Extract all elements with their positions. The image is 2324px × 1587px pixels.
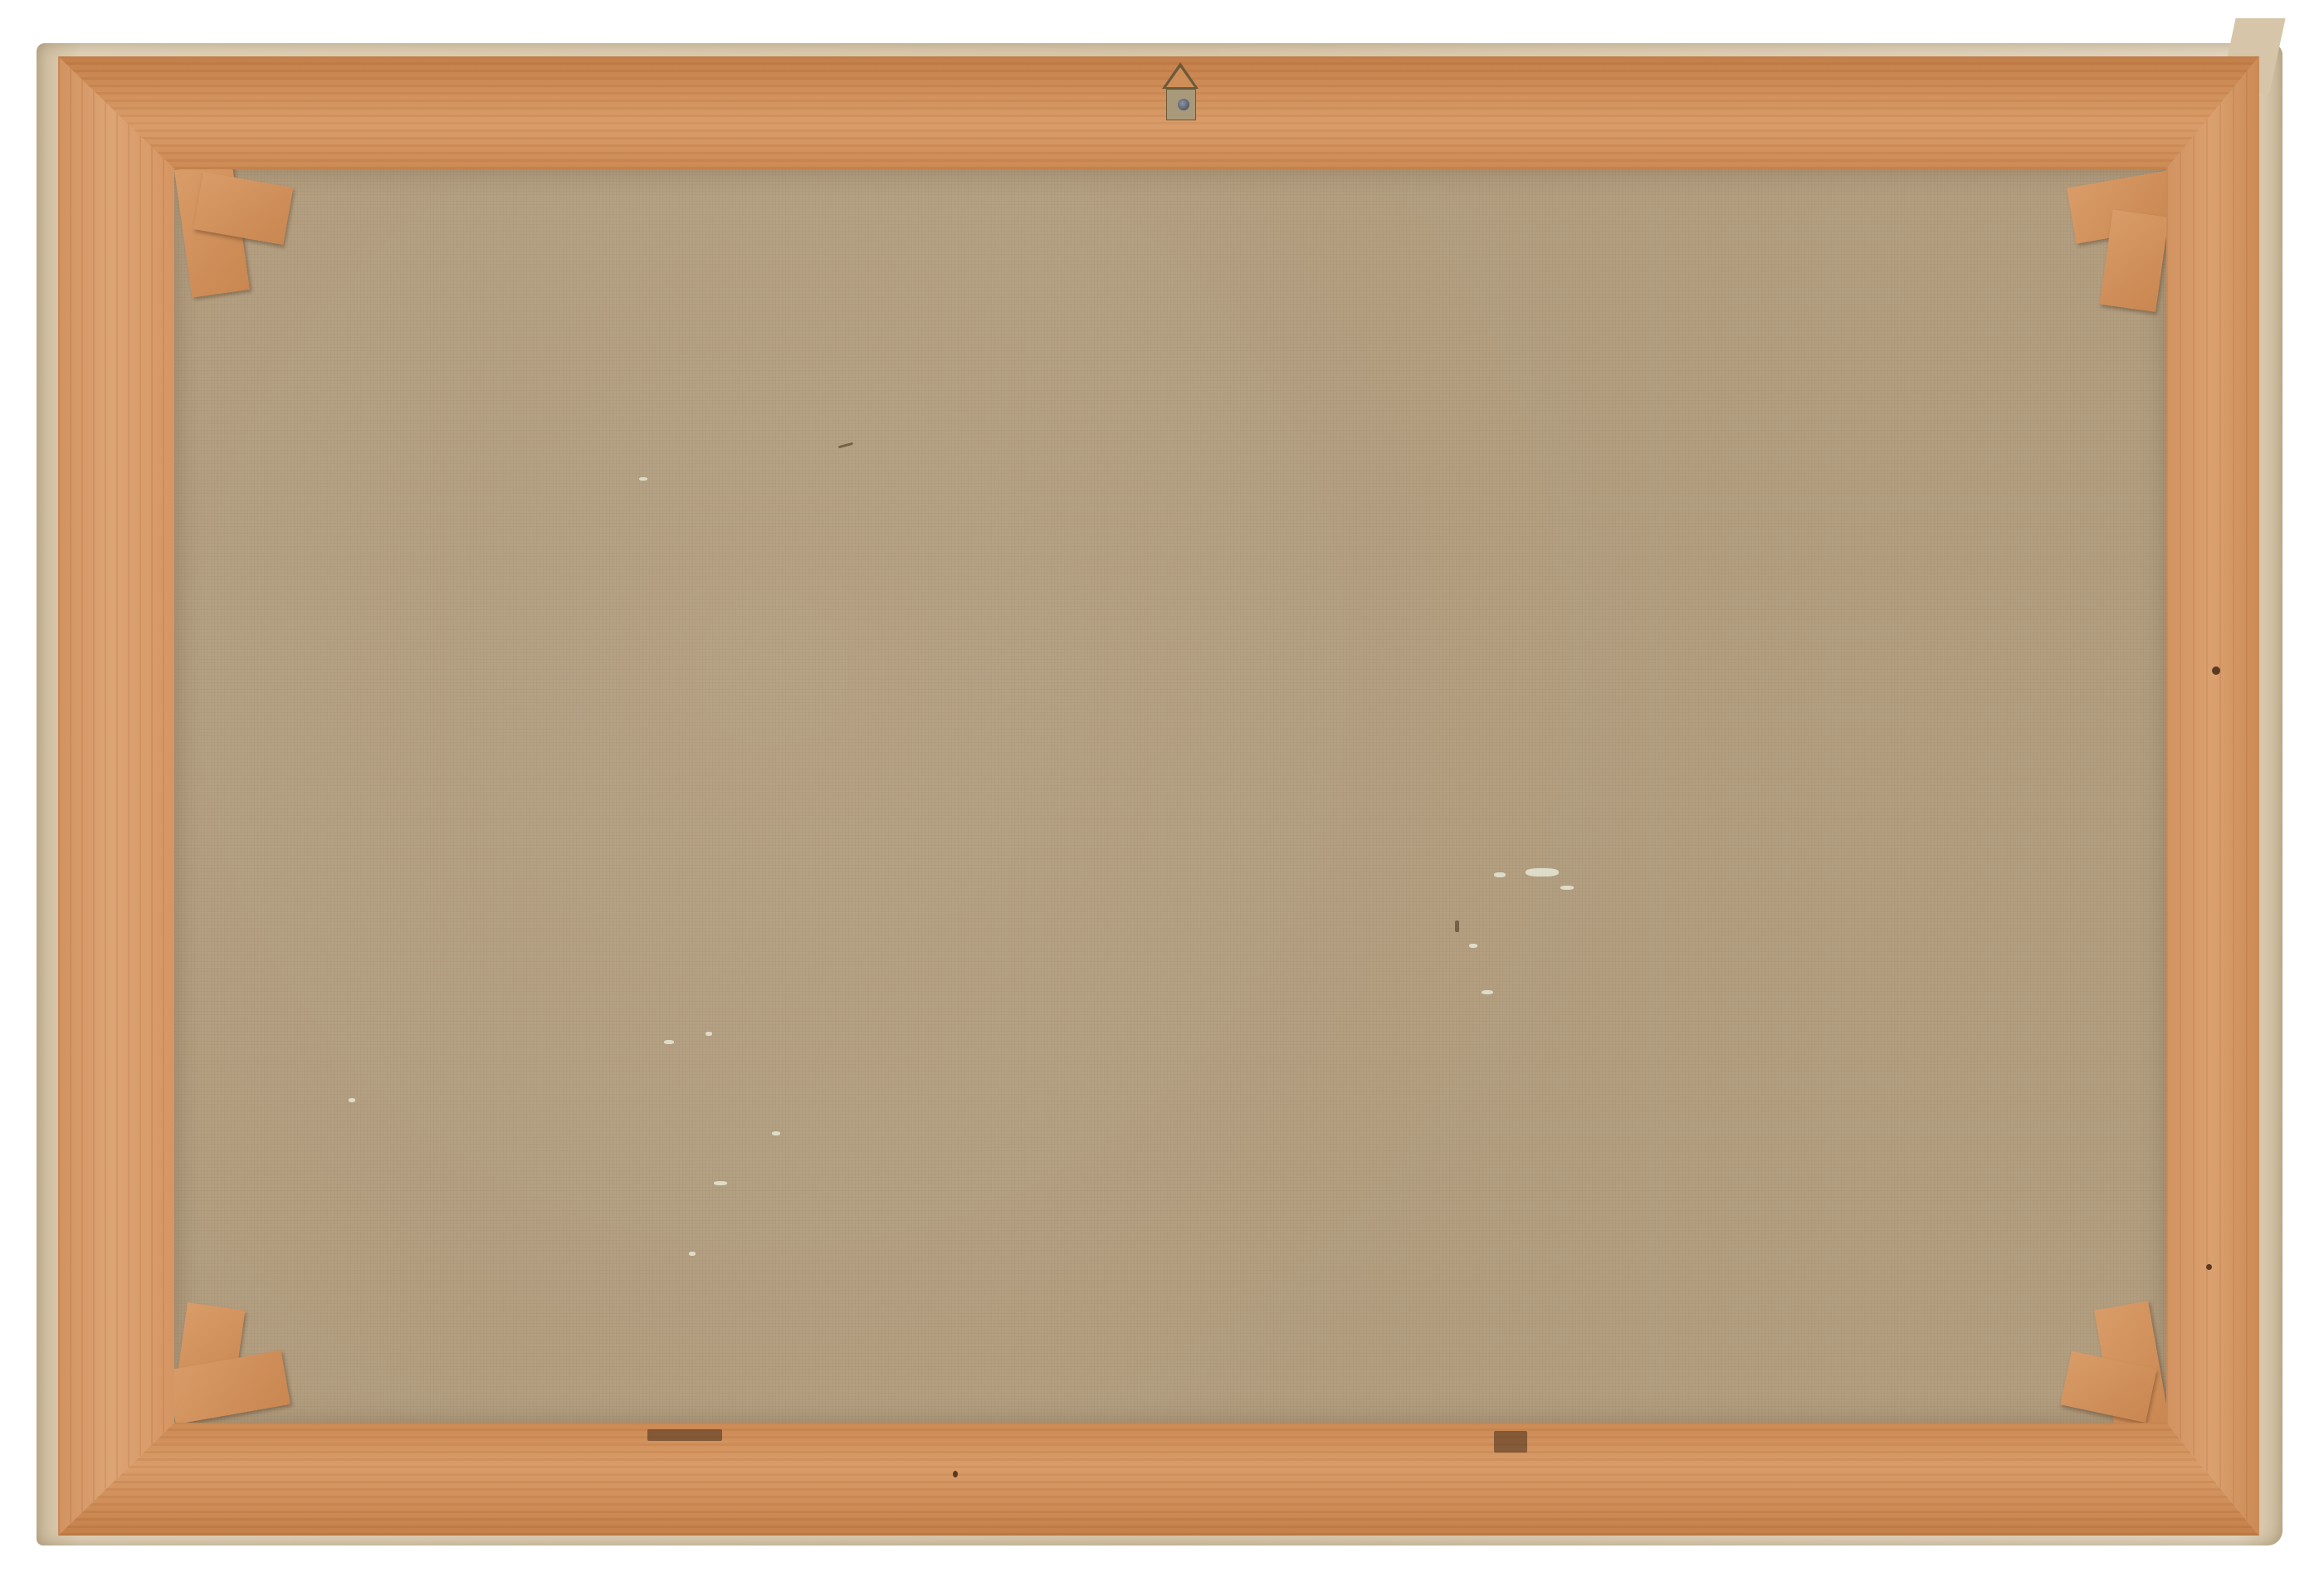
canvas-stain — [1455, 920, 1459, 932]
stretcher-bar-left — [58, 56, 174, 1536]
paint-speck — [1526, 868, 1559, 877]
wood-knot — [2206, 1264, 2212, 1270]
paint-speck — [1469, 944, 1477, 948]
hanger-loop-icon — [1162, 62, 1199, 89]
stretcher-bar-right — [2166, 56, 2259, 1536]
wood-knot — [2212, 667, 2220, 675]
wood-stain — [1494, 1431, 1527, 1453]
stretcher-bar-bottom — [58, 1423, 2259, 1536]
canvas-back — [174, 168, 2166, 1423]
paint-speck — [349, 1098, 355, 1102]
paint-speck — [1482, 990, 1493, 994]
wood-knot — [953, 1471, 958, 1477]
nail-icon — [1178, 99, 1189, 110]
paint-speck — [714, 1181, 727, 1185]
stretcher-bar-top — [58, 56, 2259, 169]
canvas-stain — [838, 442, 853, 449]
paint-speck — [1560, 886, 1574, 890]
paint-speck — [689, 1252, 696, 1256]
paint-speck — [1494, 872, 1506, 877]
paint-speck — [639, 477, 647, 481]
sawtooth-hanger — [1162, 62, 1199, 120]
paint-speck — [772, 1131, 780, 1135]
wood-stain — [647, 1429, 722, 1441]
paint-speck — [705, 1032, 712, 1036]
paint-speck — [664, 1040, 674, 1044]
